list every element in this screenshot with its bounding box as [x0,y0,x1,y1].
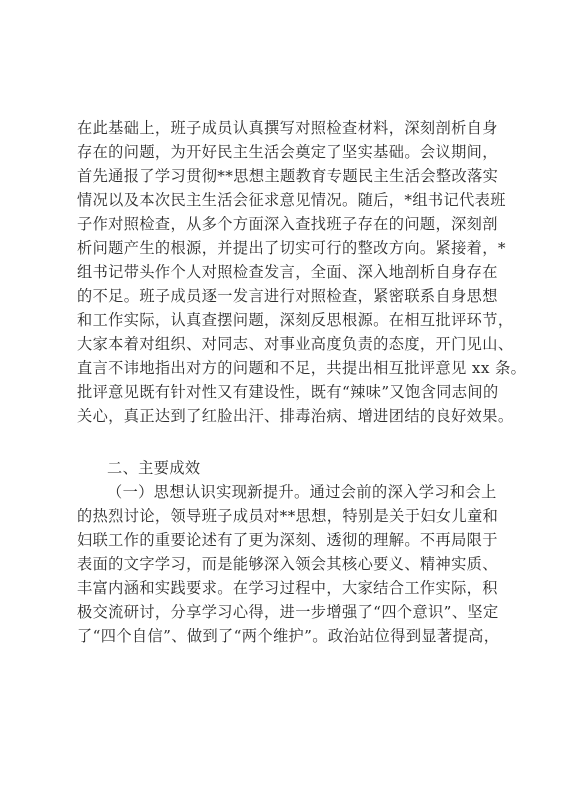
text-line: 了“四个自信”、做到了“两个维护”。政治站位得到显著提高， [77,624,497,648]
text-line: 首先通报了学习贯彻**思想主题教育专题民主生活会整改落实 [77,164,497,188]
text-line: 组书记带头作个人对照检查发言，全面、深入地剖析自身存在 [77,260,497,284]
text-line: 极交流研讨，分享学习心得，进一步增强了“四个意识”、坚定 [77,600,497,624]
text-line: （一）思想认识实现新提升。通过会前的深入学习和会上 [107,480,527,504]
section-heading: 二、主要成效 [107,456,527,480]
text-line: 丰富内涵和实践要求。在学习过程中，大家结合工作实际，积 [77,576,497,600]
text-line: 和工作实际，认真查摆问题，深刻反思根源。在相互批评环节， [77,308,497,332]
text-line: 子作对照检查，从多个方面深入查找班子存在的问题，深刻剖 [77,212,497,236]
text-line: 的热烈讨论，领导班子成员对**思想，特别是关于妇女儿童和 [77,504,497,528]
text-line: 在此基础上，班子成员认真撰写对照检查材料，深刻剖析自身 [77,116,497,140]
text-line: 的不足。班子成员逐一发言进行对照检查，紧密联系自身思想 [77,284,497,308]
text-line: 关心，真正达到了红脸出汗、排毒治病、增进团结的良好效果。 [77,404,497,428]
text-line: 情况以及本次民主生活会征求意见情况。随后，*组书记代表班 [77,188,497,212]
text-line: 存在的问题，为开好民主生活会奠定了坚实基础。会议期间， [77,140,497,164]
document-page: 在此基础上，班子成员认真撰写对照检查材料，深刻剖析自身 存在的问题，为开好民主生… [0,0,570,807]
text-line: 妇联工作的重要论述有了更为深刻、透彻的理解。不再局限于 [77,528,497,552]
text-line: 析问题产生的根源，并提出了切实可行的整改方向。紧接着，* [77,236,497,260]
text-line: 表面的文字学习，而是能够深入领会其核心要义、精神实质、 [77,552,497,576]
text-line: 批评意见既有针对性又有建设性，既有“辣味”又饱含同志间的 [77,380,497,404]
text-line: 大家本着对组织、对同志、对事业高度负责的态度，开门见山、 [77,332,497,356]
text-line: 直言不讳地指出对方的问题和不足，共提出相互批评意见 xx 条。 [77,356,497,380]
